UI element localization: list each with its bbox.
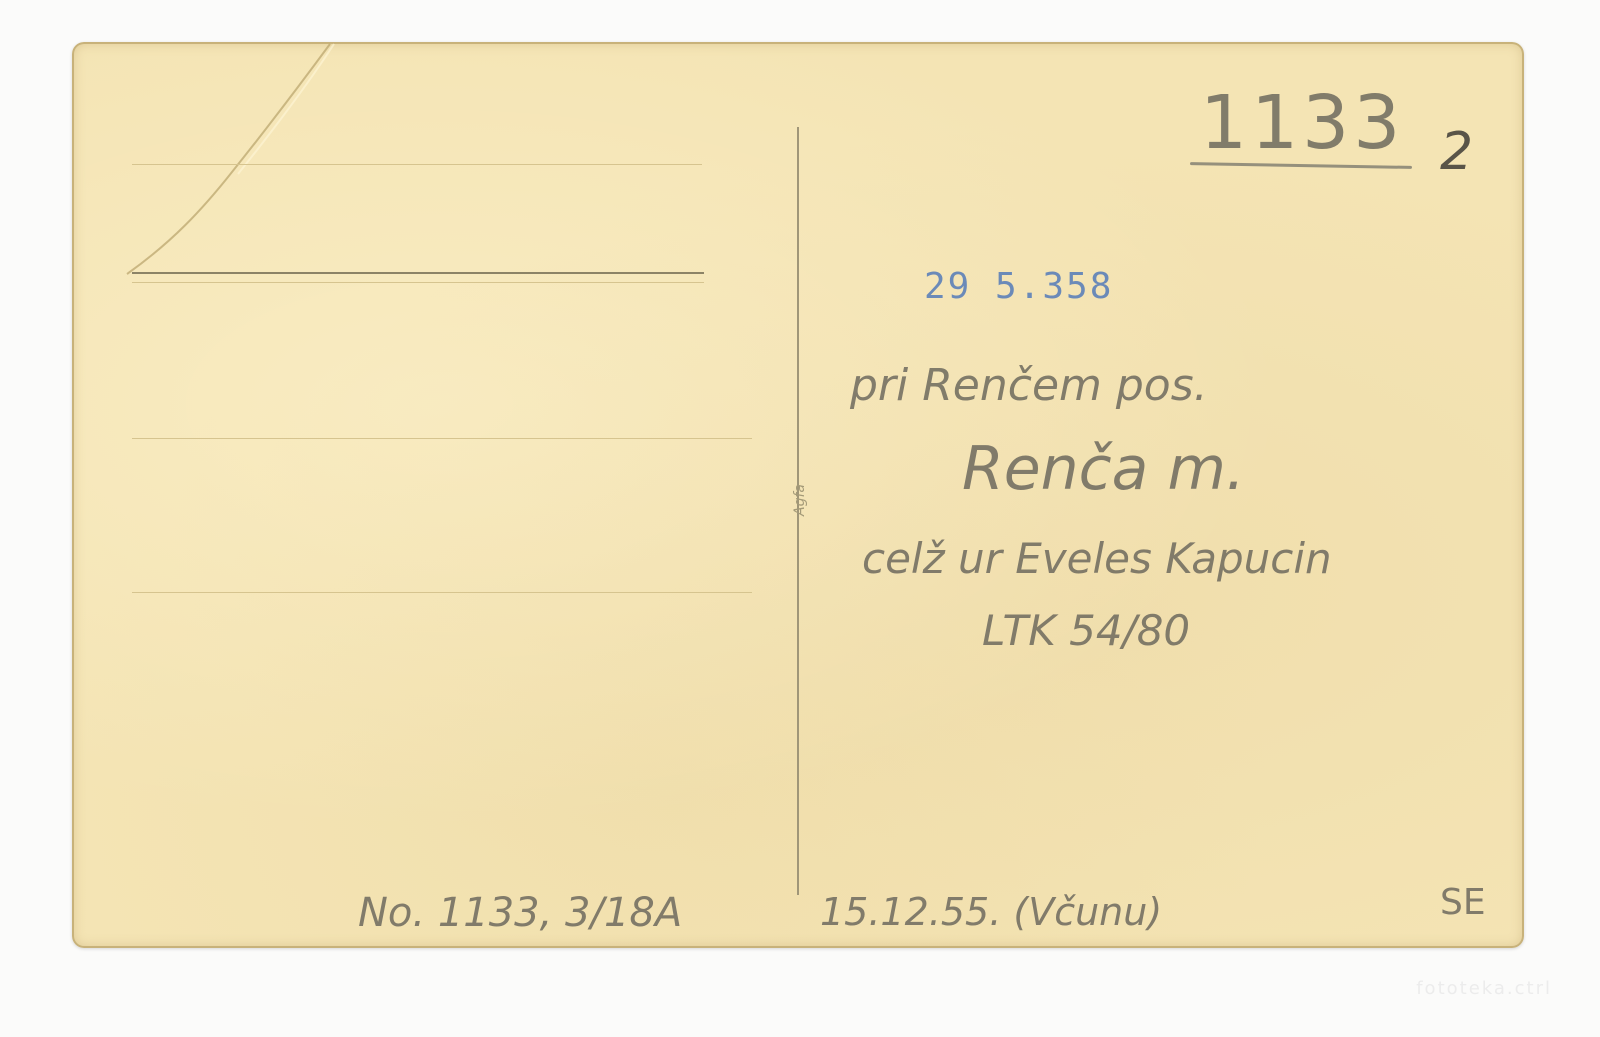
address-line [132,164,702,165]
bottom-right-note: SE [1440,882,1486,923]
catalog-suffix: 2 [1440,122,1473,182]
date-stamp: 29 5.358 [924,266,1113,307]
divider-mark: Agfa [792,484,808,516]
handwriting-line-2: Renča m. [962,434,1245,504]
watermark: fototeka.ctrl [1416,978,1552,999]
handwriting-line-3: celž ur Eveles Kapucin [862,534,1332,583]
address-line [132,592,752,593]
handwriting-line-4: LTK 54/80 [982,606,1190,655]
catalog-number: 1133 [1200,80,1404,166]
bottom-middle-note: 15.12.55. (Včunu) [820,890,1162,934]
address-line [132,282,704,283]
address-line [132,438,752,439]
handwriting-line-1: pri Renčem pos. [850,360,1208,411]
address-line [132,272,704,274]
bottom-left-note: No. 1133, 3/18A [358,890,682,936]
postcard-back: Agfa 1133 2 29 5.358 pri Renčem pos. Ren… [72,42,1524,948]
torn-crease [72,42,372,292]
